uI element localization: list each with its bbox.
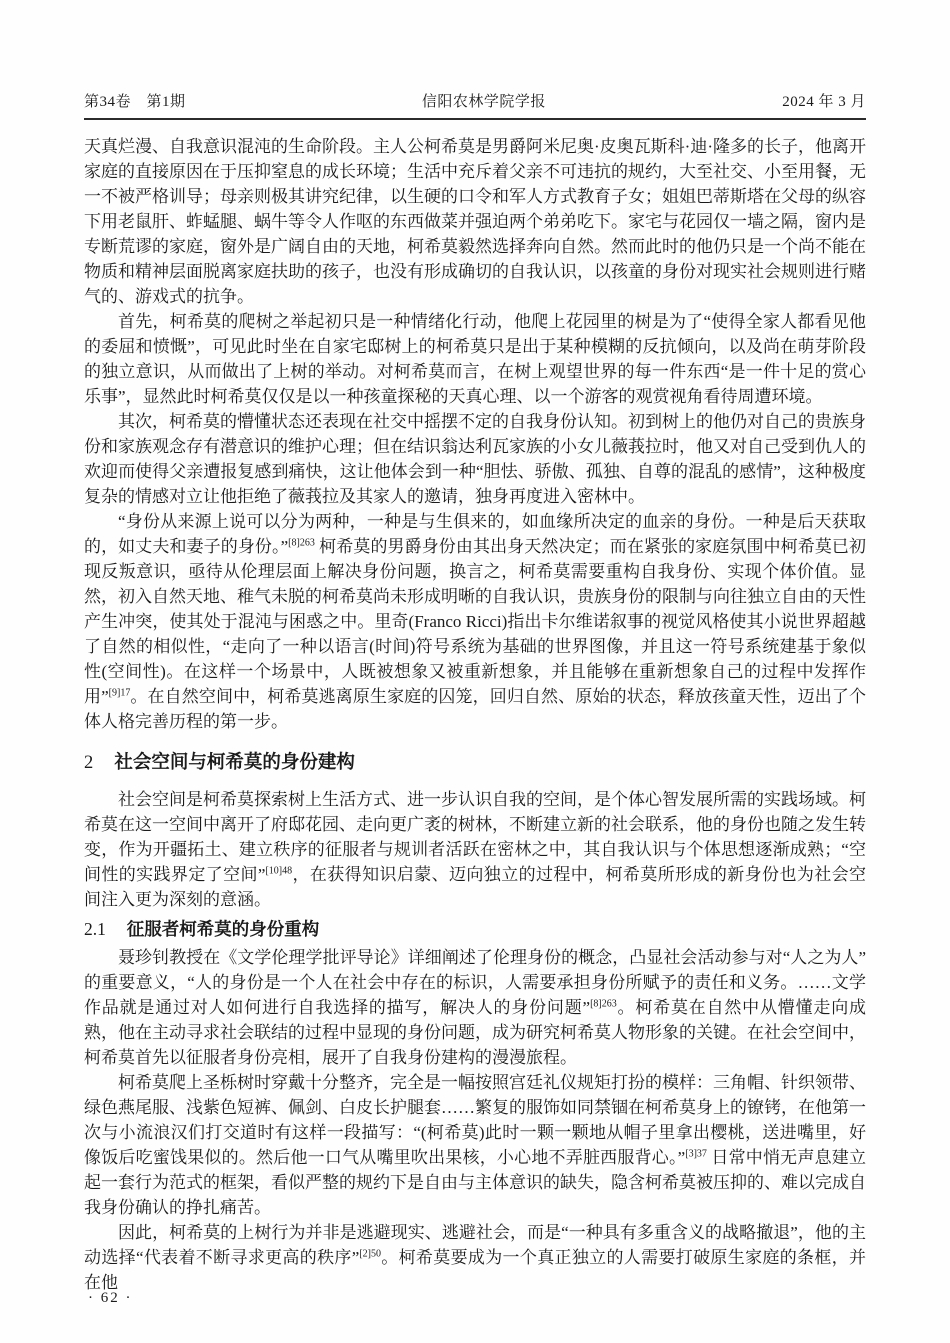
page-footer: · 62 · [88, 1290, 133, 1307]
citation-marker: [3]37 [685, 1148, 707, 1159]
paragraph-court-attire: 柯希莫爬上圣栎树时穿戴十分整齐，完全是一幅按照宫廷礼仪规矩打扮的模样：三角帽、针… [84, 1070, 866, 1220]
section-2-title: 社会空间与柯希莫的身份建构 [114, 751, 355, 772]
paragraph-ethical-identity: 聂珍钊教授在《文学伦理学批评导论》详细阐述了伦理身份的概念，凸显社会活动参与对“… [84, 945, 866, 1070]
citation-marker: [10]48 [265, 865, 292, 876]
page-number: · 62 · [88, 1290, 133, 1306]
header-volume-issue: 第34卷 第1期 [84, 90, 186, 111]
section-2-1-number: 2.1 [84, 919, 106, 939]
citation-marker: [8]263 [590, 998, 617, 1009]
section-2-1-title: 征服者柯希莫的身份重构 [127, 919, 320, 939]
paragraph-first-tree-climb: 首先，柯希莫的爬树之举起初只是一种情绪化行动，他爬上花园里的树是为了“使得全家人… [84, 309, 866, 409]
header-date: 2024 年 3 月 [782, 90, 866, 111]
citation-marker: [9]17 [109, 687, 131, 698]
section-2-number: 2 [84, 753, 93, 773]
citation-marker: [2]50 [359, 1248, 381, 1259]
section-2-heading: 2 社会空间与柯希莫的身份建构 [84, 749, 866, 776]
running-header: 第34卷 第1期 信阳农林学院学报 2024 年 3 月 [0, 0, 950, 111]
header-journal-title: 信阳农林学院学报 [186, 90, 783, 111]
section-2-1-heading: 2.1 征服者柯希莫的身份重构 [84, 917, 866, 942]
paragraph-identity-origin: “身份从来源上说可以分为两种，一种是与生俱来的，如血缘所决定的血亲的身份。一种是… [84, 509, 866, 734]
paragraph-growth-environment: 天真烂漫、自我意识混沌的生命阶段。主人公柯希莫是男爵阿米尼奥·皮奥瓦斯科·迪·隆… [84, 134, 866, 309]
journal-page: 第34卷 第1期 信阳农林学院学报 2024 年 3 月 天真烂漫、自我意识混沌… [0, 0, 950, 1343]
paragraph-identity-confusion: 其次，柯希莫的懵懂状态还表现在社交中摇摆不定的自我身份认知。初到树上的他仍对自己… [84, 409, 866, 509]
paragraph-social-space: 社会空间是柯希莫探索树上生活方式、进一步认识自我的空间，是个体心智发展所需的实践… [84, 787, 866, 912]
paragraph-strategic-retreat: 因此，柯希莫的上树行为并非是逃避现实、逃避社会，而是“一种具有多重含义的战略撤退… [84, 1220, 866, 1295]
article-content: 天真烂漫、自我意识混沌的生命阶段。主人公柯希莫是男爵阿米尼奥·皮奥瓦斯科·迪·隆… [0, 120, 950, 1295]
citation-marker: [8]263 [288, 537, 315, 548]
